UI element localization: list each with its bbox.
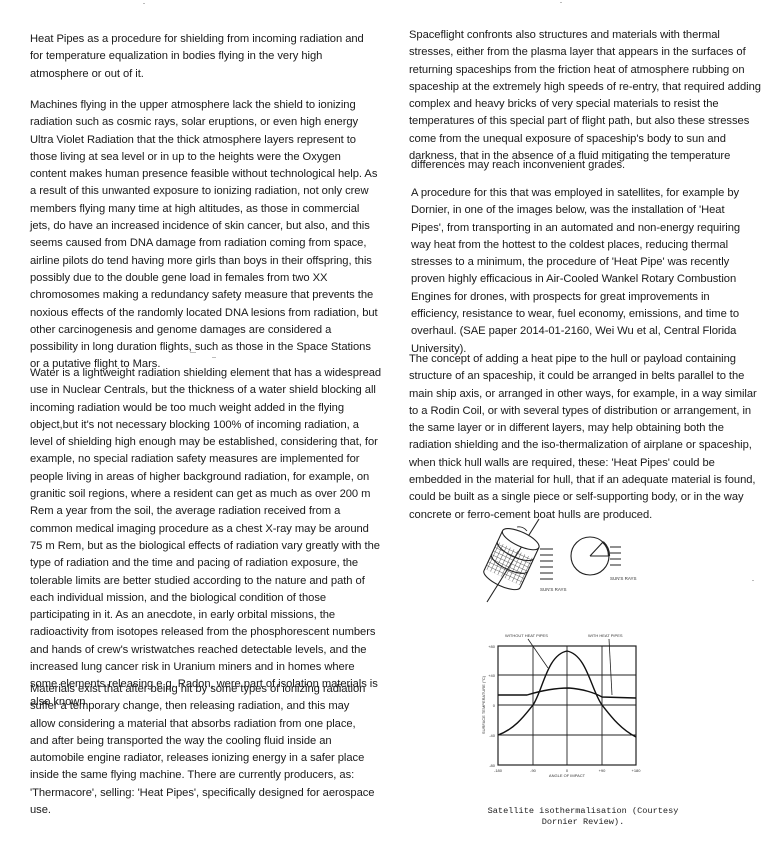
satellite-diagram: SUN'S RAYS SUN'S RAYS WITHOUT HEAT PIPES… [465,515,715,805]
x-axis-label: ANGLE OF IMPACT [549,773,586,778]
ytick: +40 [488,673,496,678]
paragraph: A procedure for this that was employed i… [411,185,759,358]
xtick: +180 [631,768,641,773]
satellite-figure: SUN'S RAYS SUN'S RAYS WITHOUT HEAT PIPES… [465,515,715,840]
legend-without: WITHOUT HEAT PIPES [505,633,548,638]
sun-rays-label-left: SUN'S RAYS [540,587,567,592]
scan-speck [190,352,196,353]
ytick: 0 [493,703,496,708]
scan-speck [143,3,145,4]
title-paragraph: Heat Pipes as a procedure for shielding … [30,31,375,83]
temperature-chart: WITHOUT HEAT PIPES WITH HEAT PIPES +80 [481,633,641,778]
caption-line: Dornier Review). [478,817,688,828]
paragraph: Water is a lightweight radiation shieldi… [30,365,382,711]
figure-caption: Satellite isothermalisation (Courtesy Do… [478,806,688,828]
paragraph: Machines flying in the upper atmosphere … [30,97,380,374]
ytick: +80 [488,644,496,649]
scan-speck [752,580,754,581]
sun-rays-icon [610,547,621,565]
caption-line: Satellite isothermalisation (Courtesy [478,806,688,817]
ytick: -40 [489,733,496,738]
scan-speck [560,2,562,3]
sun-rays-icon [540,549,553,579]
paragraph: The concept of adding a heat pipe to the… [409,351,761,524]
scan-speck [212,357,216,358]
satellite-end-view-icon [571,537,609,575]
paragraph: Materials exist that after being hit by … [30,681,375,819]
y-axis-label: SURFACE TEMPERATURE (°C) [481,675,486,734]
xtick: -90 [530,768,537,773]
xtick: +90 [599,768,607,773]
sun-rays-label-right: SUN'S RAYS [610,576,637,581]
legend-with: WITH HEAT PIPES [588,633,623,638]
paragraph: Spaceflight confronts also structures an… [409,27,761,165]
cylinder-satellite-icon [481,519,542,602]
xtick: -180 [494,768,503,773]
paragraph-tail: differences may reach inconvenient grade… [411,157,625,174]
